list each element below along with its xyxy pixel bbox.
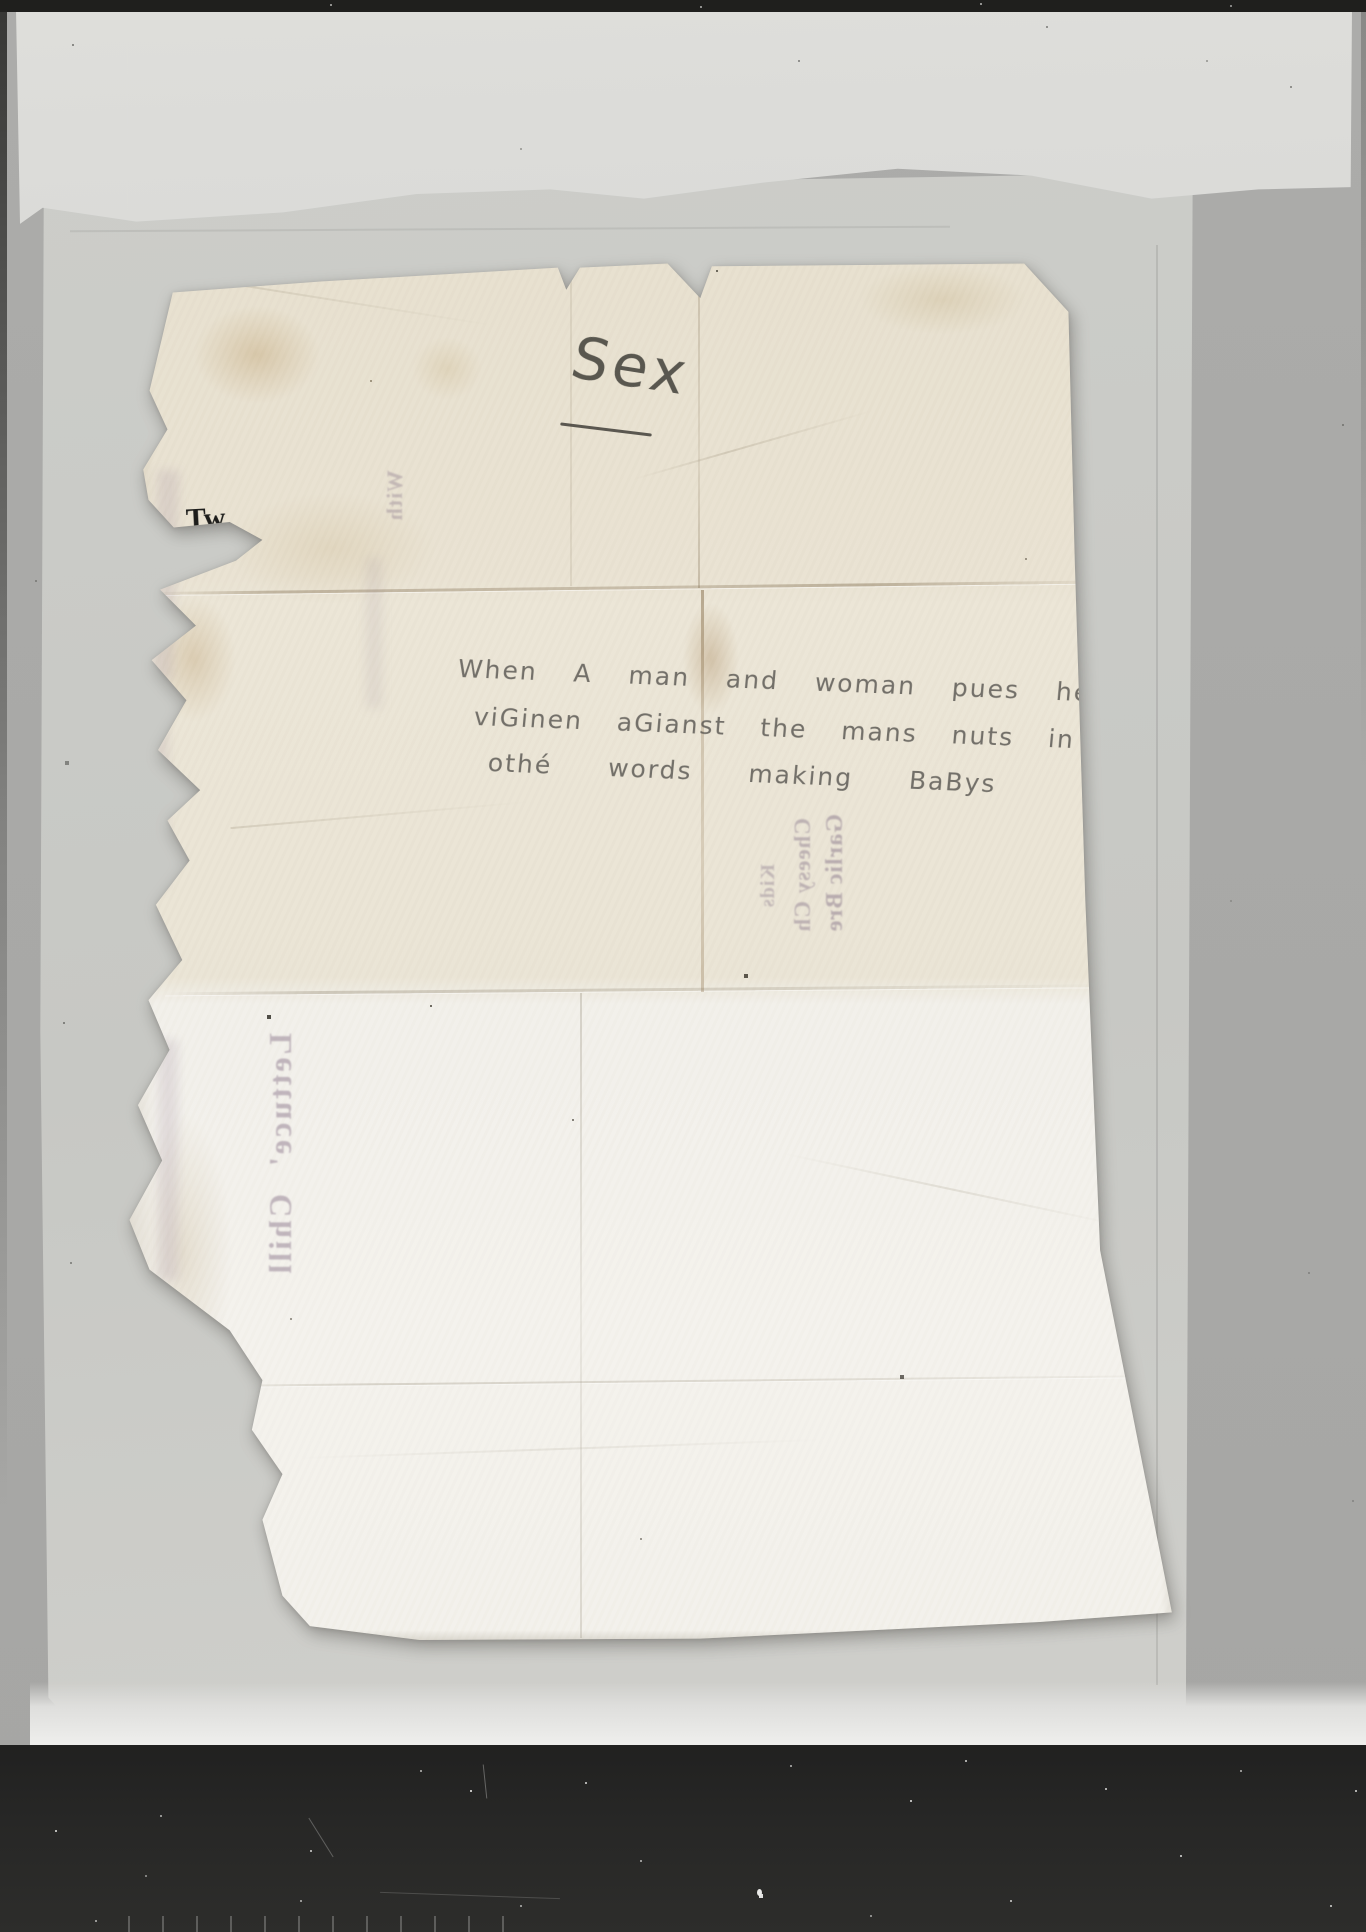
scratch-mark — [308, 1818, 333, 1858]
torn-paper-note: With Lettuce' Chill Garlic Bre Cheesy Ch… — [120, 258, 1175, 1640]
bleed-through-smudge — [158, 1040, 178, 1280]
scanner-bed: With Lettuce' Chill Garlic Bre Cheesy Ch… — [0, 0, 1366, 1932]
scanner-lid-gap — [0, 1745, 1366, 1932]
dirt-specks — [120, 258, 122, 260]
bleed-through-text: Garlic Bre — [822, 814, 849, 932]
bleed-through-smudge — [366, 558, 382, 708]
scanner-top-band — [0, 0, 1366, 12]
bleed-through-text: Kids — [757, 864, 780, 908]
scanner-right-edge — [1361, 12, 1366, 772]
paper-shadow-wrap: With Lettuce' Chill Garlic Bre Cheesy Ch… — [0, 0, 1366, 1932]
paper-edge-shading — [120, 258, 1175, 1640]
bleed-through-text: With — [382, 470, 408, 521]
scratch-mark — [483, 1765, 488, 1799]
bleed-through-smudge — [194, 1386, 218, 1504]
bleed-through-text: Cheesy Ch — [790, 818, 816, 932]
scanner-left-edge — [0, 10, 7, 1510]
dust-specks — [0, 1745, 2, 1747]
scratch-mark — [380, 1892, 560, 1899]
dust-speck-large — [757, 1889, 762, 1896]
bleed-through-text: Lettuce' Chill — [262, 1033, 299, 1277]
dust-specks — [0, 0, 2, 2]
bleed-through-smudge — [150, 728, 168, 888]
printed-text-fragment: Tw — [185, 501, 226, 537]
film-edge-ticks — [128, 1916, 528, 1932]
